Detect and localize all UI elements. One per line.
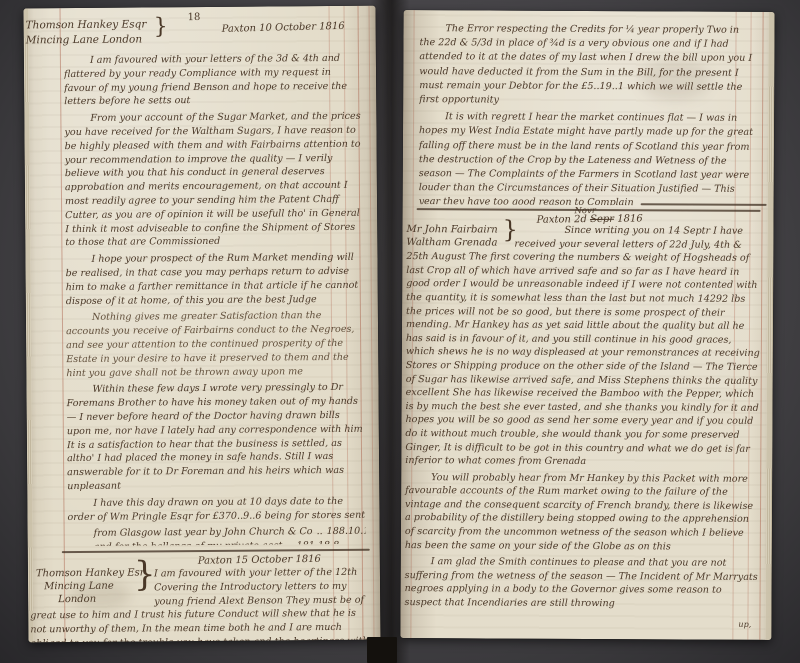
catchword: up, [738,620,751,629]
figures-row: and for the ballance of my private acct … [94,539,366,546]
figures-amount: 188.10.10 [327,525,366,539]
dateline-corrected-month: Novr [574,206,596,216]
page-number: 18 [188,12,201,23]
paragraph: I have this day drawn on you at 10 days … [67,494,365,524]
dateline-year: 1816 [617,213,643,224]
leaf-edges-left [24,8,34,642]
figures-amount: 181.18.8 [296,539,365,546]
paragraph: The Error respecting the Credits for ¼ y… [419,22,755,109]
letter-divider-rule [62,549,370,553]
letter1-body: I am favoured with your letters of the 3… [64,52,366,546]
figures-dots: .. [286,539,292,546]
figures-label: and for the ballance of my private acct [94,539,283,546]
paragraph: From your account of the Sugar Market, a… [64,110,363,250]
cash-column-rule [369,6,375,640]
address-brace: } [502,224,517,237]
address-line: Mr John Fairbairn [406,223,514,237]
paper-stain [70,580,130,610]
manuscript-photo: 18 Paxton 10 October 1816 Thomson Hankey… [0,0,800,663]
figures-dots: .. [317,525,323,539]
leaf-edges-right [765,12,774,640]
paragraph: Since writing you on 14 Septr I have rec… [405,223,762,470]
paragraph: It is with regrett I hear the market con… [419,110,755,206]
address-brace: } [134,568,156,581]
binding-tab [367,637,397,663]
letter2-body: Since writing you on 14 Septr I have rec… [405,223,763,611]
address-line: Waltham Grenada [406,236,514,250]
right-page: The Error respecting the Credits for ¼ y… [400,10,774,640]
paragraph: I am glad the Smith continues to please … [405,555,761,611]
paragraph: I am favoured with your letters of the 3… [64,52,362,110]
letter2: Paxton 2d Sepr Novr 1816 Mr John Fairbai… [404,212,762,614]
letter1-continuation-body: The Error respecting the Credits for ¼ y… [419,22,756,206]
paragraph: Within these few days I wrote very press… [66,381,365,494]
address-brace: } [154,19,168,34]
letter2-dateline: Paxton 2d Sepr Novr 1816 [536,212,762,226]
paper-stain [640,60,710,100]
letter1-address: Thomson Hankey Esqr Mincing Lane London … [26,17,176,48]
letter1-dateline: Paxton 10 October 1816 [222,21,345,35]
paragraph: You will probably hear from Mr Hankey by… [405,471,761,554]
left-page: 18 Paxton 10 October 1816 Thomson Hankey… [24,6,381,643]
paragraph: I hope your prospect of the Rum Market m… [65,251,363,309]
letter2-address: Mr John Fairbairn Waltham Grenada } [406,223,514,250]
paragraph: Nothing gives me greater Satisfaction th… [66,309,365,380]
letter2-dateline: Paxton 15 October 1816 [198,553,370,567]
